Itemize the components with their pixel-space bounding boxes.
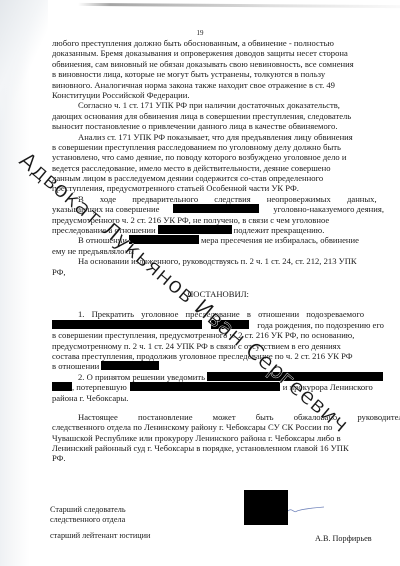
redacted-block <box>158 225 232 234</box>
text-line: любого преступления должно быть обоснова… <box>52 38 384 48</box>
text-line: На основании изложенного, руководствуясь… <box>52 256 384 266</box>
paragraph-burden-of-proof: любого преступления должно быть обоснова… <box>52 38 384 100</box>
text-line: данным лицом в расследуемом деянии содер… <box>52 173 384 183</box>
text-line: установлено, что само деяние, по поводу … <box>52 152 384 162</box>
text-line: в отношении <box>52 361 384 371</box>
redacted-block <box>130 382 280 391</box>
redacted-block <box>173 204 259 213</box>
text-line: доказанным. Бремя доказывания и опроверж… <box>52 48 384 58</box>
resolution-heading: ПОСТАНОВИЛ: <box>52 289 384 299</box>
signatory-name: А.В. Порфирьев <box>315 534 372 544</box>
redacted-block <box>101 361 159 370</box>
document-page: 19 любого преступления должно быть обосн… <box>0 0 400 566</box>
document-body: любого преступления должно быть обоснова… <box>52 38 384 464</box>
text-line: Ленинский районный суд г. Чебоксары в по… <box>52 443 384 453</box>
text-line: РФ, <box>52 267 384 277</box>
text-line: в виновности лица, которые не могут быть… <box>52 69 384 79</box>
text-line: дающих основания для обвинения лица в со… <box>52 111 384 121</box>
text-line: Конституции Российской Федерации. <box>52 90 384 100</box>
text-line: предусмотренному п. 2 ч. 1 ст. 24 УПК РФ… <box>52 341 384 351</box>
signature-stroke-icon <box>288 505 324 515</box>
text-line: Анализ ст. 171 УПК РФ показывает, что дл… <box>52 132 384 142</box>
text-line: ведется расследование, имело место в дей… <box>52 163 384 173</box>
text-line: обвинения, сам виновный не обязан доказы… <box>52 59 384 69</box>
redacted-signature <box>244 490 288 525</box>
text-line: виновного. Аналогичная норма закона такж… <box>52 80 384 90</box>
paragraph-grounds: На основании изложенного, руководствуясь… <box>52 256 384 277</box>
text-line: состава преступления, продолжив уголовно… <box>52 351 384 361</box>
text-line: ему не предъявлялось. <box>52 246 384 256</box>
text-line: РФ. <box>52 453 384 463</box>
text-line: района г. Чебоксары. <box>52 393 384 403</box>
page-number: 19 <box>0 29 400 37</box>
text-line: выносит постановление о привлечении данн… <box>52 121 384 131</box>
redacted-block <box>52 320 202 329</box>
text-line: В ходе предварительного следствия неопро… <box>52 194 384 204</box>
text-line: , потерпевшую и прокурора Ленинского <box>52 382 384 392</box>
text-line: Согласно ч. 1 ст. 171 УПК РФ при наличии… <box>52 100 384 110</box>
signatory-position: Старший следователь следственного отдела <box>50 505 126 525</box>
redacted-block <box>52 382 72 391</box>
text-line: преступления, предусмотренного статьей О… <box>52 183 384 193</box>
page-top-edge <box>78 3 400 8</box>
paragraph-article-171: Согласно ч. 1 ст. 171 УПК РФ при наличии… <box>52 100 384 131</box>
text-line: 2. О принятом решении уведомить <box>52 372 384 382</box>
text-line: в совершении преступления расследованием… <box>52 142 384 152</box>
resolution-item-2: 2. О принятом решении уведомить , потерп… <box>52 372 384 403</box>
signatory-rank: старший лейтенант юстиции <box>50 531 150 541</box>
page-fold-shadow <box>0 0 48 120</box>
paragraph-analysis: Анализ ст. 171 УПК РФ показывает, что дл… <box>52 132 384 194</box>
